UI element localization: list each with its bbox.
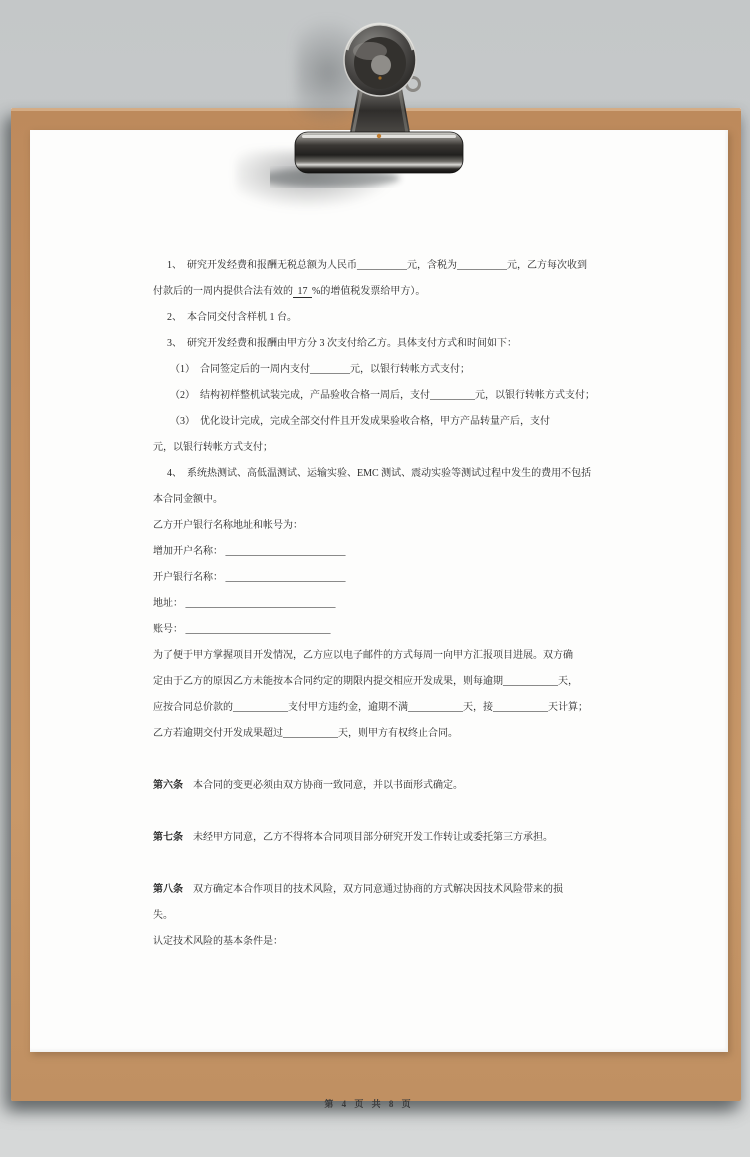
text-line: 2、 本合同交付含样机 1 台。 <box>153 305 585 331</box>
text-segment: %的增值税发票给甲方）。 <box>312 286 425 297</box>
text-line: 失。 <box>153 903 585 929</box>
text-segment: 失。 <box>153 910 173 921</box>
text-segment: 乙方开户银行名称地址和帐号为： <box>153 520 303 531</box>
text-line: 3、 研究开发经费和报酬由甲方分 3 次支付给乙方。具体支付方式和时间如下： <box>153 331 585 357</box>
text-line: 本合同金额中。 <box>153 487 585 513</box>
text-segment: 4、 系统热测试、高低温测试、运输实验、EMC 测试、震动实验等测试过程中发生的… <box>167 468 591 479</box>
text-line: 定由于乙方的原因乙方未能按本合同约定的期限内提交相应开发成果，则每逾期_____… <box>153 669 585 695</box>
text-segment: 17 <box>293 286 312 298</box>
photo-scene: 1、 研究开发经费和报酬无税总额为人民币__________元，含税为_____… <box>0 0 750 1157</box>
text-line: 元，以银行转帐方式支付； <box>153 435 585 461</box>
text-line: 付款后的一周内提供合法有效的 17 %的增值税发票给甲方）。 <box>153 279 585 305</box>
text-segment: 乙方若逾期交付开发成果超过___________天，则甲方有权终止合同。 <box>153 728 458 739</box>
text-line: 为了便于甲方掌握项目开发情况，乙方应以电子邮件的方式每周一向甲方汇报项目进展。双… <box>153 643 585 669</box>
text-segment: 未经甲方同意，乙方不得将本合同项目部分研究开发工作转让或委托第三方承担。 <box>183 832 553 843</box>
text-segment: 为了便于甲方掌握项目开发情况，乙方应以电子邮件的方式每周一向甲方汇报项目进展。双… <box>153 650 573 661</box>
text-segment: （3） 优化设计完成，完成全部交付件且开发成果验收合格，甲方产品转量产后，支付 <box>170 416 550 427</box>
text-segment: 应按合同总价款的___________支付甲方违约金，逾期不满_________… <box>153 702 588 713</box>
text-segment: 1、 研究开发经费和报酬无税总额为人民币__________元，含税为_____… <box>167 260 587 271</box>
text-line: 地址： ______________________________ <box>153 591 585 617</box>
text-segment: 本合同的变更必须由双方协商一致同意，并以书面形式确定。 <box>183 780 463 791</box>
text-line: （3） 优化设计完成，完成全部交付件且开发成果验收合格，甲方产品转量产后，支付 <box>153 409 585 435</box>
text-segment: （1） 合同签定后的一周内支付________元，以银行转帐方式支付； <box>170 364 470 375</box>
text-segment: 双方确定本合作项目的技术风险，双方同意通过协商的方式解决因技术风险带来的损 <box>183 884 563 895</box>
text-segment: 3、 研究开发经费和报酬由甲方分 3 次支付给乙方。具体支付方式和时间如下： <box>167 338 517 349</box>
text-segment: 账号： _____________________________ <box>153 624 331 635</box>
page-number: 第 4 页 共 8 页 <box>153 1097 585 1110</box>
text-segment: 元，以银行转帐方式支付； <box>153 442 273 453</box>
clipboard: 1、 研究开发经费和报酬无税总额为人民币__________元，含税为_____… <box>11 108 741 1101</box>
text-segment: 付款后的一周内提供合法有效的 <box>153 286 293 297</box>
text-line: 乙方开户银行名称地址和帐号为： <box>153 513 585 539</box>
text-line: 乙方若逾期交付开发成果超过___________天，则甲方有权终止合同。 <box>153 721 585 747</box>
text-line: 第六条 本合同的变更必须由双方协商一致同意，并以书面形式确定。 <box>153 773 585 799</box>
text-segment: 增加开户名称： ________________________ <box>153 546 346 557</box>
clip-rivet-top <box>378 76 381 79</box>
text-line: （1） 合同签定后的一周内支付________元，以银行转帐方式支付； <box>153 357 585 383</box>
text-segment: 2、 本合同交付含样机 1 台。 <box>167 312 297 323</box>
text-segment: 定由于乙方的原因乙方未能按本合同约定的期限内提交相应开发成果，则每逾期_____… <box>153 676 578 687</box>
clause-label: 第七条 <box>153 832 183 843</box>
clause-label: 第六条 <box>153 780 183 791</box>
text-segment: 认定技术风险的基本条件是： <box>153 936 283 947</box>
text-line: 4、 系统热测试、高低温测试、运输实验、EMC 测试、震动实验等测试过程中发生的… <box>153 461 585 487</box>
text-segment: 地址： ______________________________ <box>153 598 336 609</box>
contract-page: 1、 研究开发经费和报酬无税总额为人民币__________元，含税为_____… <box>30 130 728 1052</box>
text-line: 第八条 双方确定本合作项目的技术风险，双方同意通过协商的方式解决因技术风险带来的… <box>153 877 585 903</box>
text-line: 第七条 未经甲方同意，乙方不得将本合同项目部分研究开发工作转让或委托第三方承担。 <box>153 825 585 851</box>
text-line: 应按合同总价款的___________支付甲方违约金，逾期不满_________… <box>153 695 585 721</box>
text-line: 1、 研究开发经费和报酬无税总额为人民币__________元，含税为_____… <box>153 253 585 279</box>
clause-label: 第八条 <box>153 884 183 895</box>
text-line: 增加开户名称： ________________________ <box>153 539 585 565</box>
text-line: 认定技术风险的基本条件是： <box>153 929 585 955</box>
text-line: 开户银行名称： ________________________ <box>153 565 585 591</box>
text-line: 账号： _____________________________ <box>153 617 585 643</box>
clip-rivet-bottom <box>377 134 381 138</box>
text-segment: 本合同金额中。 <box>153 494 223 505</box>
clip-hole <box>371 55 391 75</box>
contract-text: 1、 研究开发经费和报酬无税总额为人民币__________元，含税为_____… <box>153 253 585 955</box>
text-segment: （2） 结构初样整机试装完成，产品验收合格一周后，支付_________元，以银… <box>170 390 595 401</box>
text-line: （2） 结构初样整机试装完成，产品验收合格一周后，支付_________元，以银… <box>153 383 585 409</box>
text-segment: 开户银行名称： ________________________ <box>153 572 346 583</box>
binder-clip <box>270 8 490 188</box>
